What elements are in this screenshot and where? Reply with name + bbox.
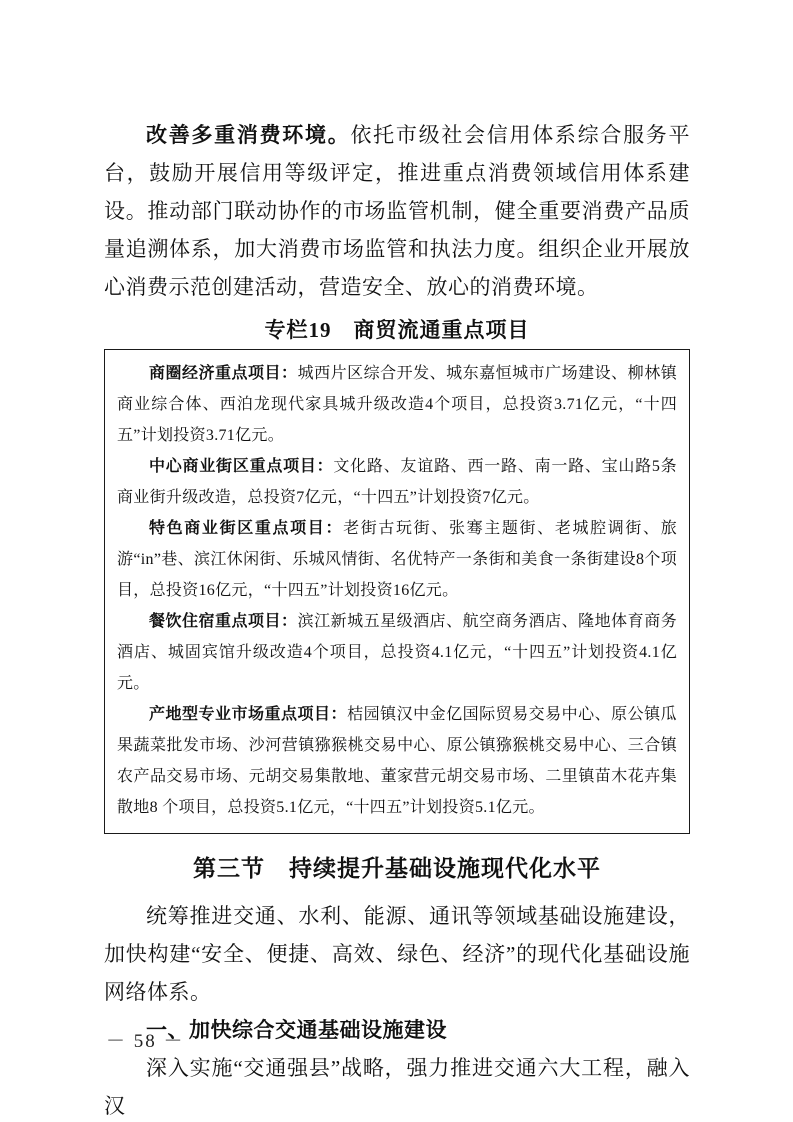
subsection-paragraph: 深入实施“交通强县”战略，强力推进交通六大工程，融入汉	[104, 1049, 690, 1122]
panel-item-featured-streets: 特色商业街区重点项目：老街古玩街、张骞主题街、老城腔调街、旅游“in”巷、滨江休…	[117, 513, 677, 606]
panel-item-lead: 餐饮住宿重点项目：	[149, 613, 298, 630]
paragraph-lead-emphasis: 改善多重消费环境。	[146, 123, 350, 147]
section-intro-paragraph: 统筹推进交通、水利、能源、通讯等领域基础设施建设，加快构建“安全、便捷、高效、绿…	[104, 897, 690, 1011]
panel-item-lead: 产地型专业市场重点项目：	[149, 706, 347, 723]
section-heading: 第三节 持续提升基础设施现代化水平	[104, 852, 690, 884]
panel-item-catering-lodging: 餐饮住宿重点项目：滨江新城五星级酒店、航空商务酒店、隆地体育商务酒店、城固宾馆升…	[117, 606, 677, 699]
panel-title: 专栏19 商贸流通重点项目	[104, 315, 690, 345]
key-projects-panel: 商圈经济重点项目：城西片区综合开发、城东嘉恒城市广场建设、柳林镇商业综合体、西泊…	[104, 349, 690, 834]
panel-item-lead: 特色商业街区重点项目：	[149, 520, 343, 537]
consumer-environment-paragraph: 改善多重消费环境。依托市级社会信用体系综合服务平台，鼓励开展信用等级评定，推进重…	[104, 116, 690, 306]
paragraph-body-text: 依托市级社会信用体系综合服务平台，鼓励开展信用等级评定，推进重点消费领域信用体系…	[104, 123, 690, 299]
panel-item-central-streets: 中心商业街区重点项目：文化路、友谊路、西一路、南一路、宝山路5条商业街升级改造，…	[117, 451, 677, 513]
document-page: 改善多重消费环境。依托市级社会信用体系综合服务平台，鼓励开展信用等级评定，推进重…	[0, 0, 793, 1122]
page-number: － 58 －	[106, 1026, 185, 1053]
panel-item-origin-markets: 产地型专业市场重点项目：桔园镇汉中金亿国际贸易交易中心、原公镇瓜果蔬菜批发市场、…	[117, 699, 677, 823]
panel-item-lead: 商圈经济重点项目：	[149, 365, 298, 382]
subsection-heading: 一、加快综合交通基础设施建设	[104, 1011, 690, 1049]
panel-item-lead: 中心商业街区重点项目：	[149, 458, 333, 475]
panel-item-business-circle: 商圈经济重点项目：城西片区综合开发、城东嘉恒城市广场建设、柳林镇商业综合体、西泊…	[117, 358, 677, 451]
